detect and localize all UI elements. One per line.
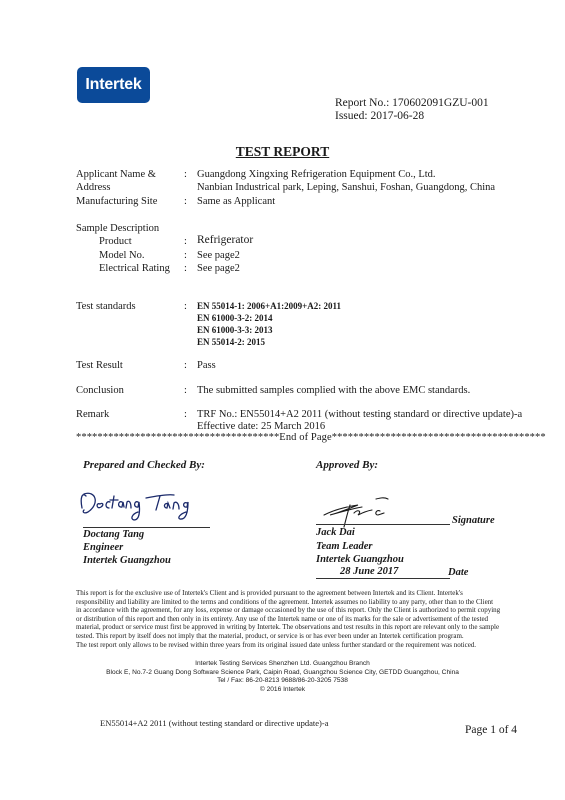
colon: : <box>184 300 187 313</box>
sample-description-label: Sample Description <box>76 222 159 235</box>
model-value: See page2 <box>197 249 240 262</box>
footer-address: Block E, No.7-2 Guang Dong Software Scie… <box>0 669 565 678</box>
date-line <box>316 578 450 579</box>
colon: : <box>184 249 187 262</box>
preparer-organization: Intertek Guangzhou <box>83 555 171 568</box>
footer-copyright: © 2016 Intertek <box>0 686 565 695</box>
standard-item: EN 55014-2: 2015 <box>197 336 265 348</box>
preparer-signature <box>76 486 216 526</box>
page-number: Page 1 of 4 <box>465 724 517 736</box>
electrical-rating-label: Electrical Rating <box>99 262 170 275</box>
footer-phone: Tel / Fax: 86-20-8213 9688/86-20-3205 75… <box>0 677 565 686</box>
address-label: Address <box>76 181 110 194</box>
colon: : <box>184 408 187 421</box>
applicant-name: Guangdong Xingxing Refrigeration Equipme… <box>197 168 436 181</box>
report-number: Report No.: 170602091GZU-001 <box>335 97 489 110</box>
approver-signature-line <box>316 524 450 525</box>
prepared-heading: Prepared and Checked By: <box>83 459 205 472</box>
test-result-label: Test Result <box>76 359 123 372</box>
standard-item: EN 55014-1: 2006+A1:2009+A2: 2011 <box>197 300 341 312</box>
end-of-page-divider: **************************************En… <box>76 431 546 444</box>
manufacturing-site-value: Same as Applicant <box>197 195 275 208</box>
colon: : <box>184 384 187 397</box>
conclusion-value: The submitted samples complied with the … <box>197 384 470 397</box>
disclaimer: This report is for the exclusive use of … <box>76 589 556 649</box>
colon: : <box>184 262 187 275</box>
preparer-title: Engineer <box>83 542 123 555</box>
standard-item: EN 61000-3-3: 2013 <box>197 324 273 336</box>
disclaimer-line: in accordance with the agreement, for an… <box>76 606 556 615</box>
intertek-logo: Intertek <box>77 67 150 103</box>
company-footer: Intertek Testing Services Shenzhen Ltd. … <box>0 660 565 695</box>
signature-label: Signature <box>452 515 495 528</box>
product-label: Product <box>99 235 132 248</box>
footer-company: Intertek Testing Services Shenzhen Ltd. … <box>0 660 565 669</box>
colon: : <box>184 235 187 248</box>
disclaimer-line: or distribution of this report and then … <box>76 615 556 624</box>
applicant-address: Nanbian Industrical park, Leping, Sanshu… <box>197 181 495 194</box>
colon: : <box>184 359 187 372</box>
test-standards-label: Test standards <box>76 300 136 313</box>
applicant-label: Applicant Name & <box>76 168 156 181</box>
disclaimer-line: responsibility and liability are limited… <box>76 598 556 607</box>
product-value: Refrigerator <box>197 234 253 247</box>
disclaimer-line: The test report only allows to be revise… <box>76 641 556 650</box>
date-label: Date <box>448 567 468 580</box>
model-label: Model No. <box>99 249 145 262</box>
disclaimer-line: material, product or service must first … <box>76 623 556 632</box>
approved-heading: Approved By: <box>316 459 378 472</box>
trf-reference: EN55014+A2 2011 (without testing standar… <box>100 718 329 728</box>
document-title: TEST REPORT <box>0 144 565 160</box>
colon: : <box>184 195 187 208</box>
electrical-rating-value: See page2 <box>197 262 240 275</box>
preparer-signature-line <box>83 527 210 528</box>
remark-label: Remark <box>76 408 109 421</box>
approver-title: Team Leader <box>316 541 372 554</box>
test-result-value: Pass <box>197 359 216 372</box>
issued-date: Issued: 2017-06-28 <box>335 110 424 123</box>
conclusion-label: Conclusion <box>76 384 124 397</box>
preparer-name: Doctang Tang <box>83 529 144 542</box>
approver-name: Jack Dai <box>316 527 355 540</box>
disclaimer-line: tested. This report by itself does not i… <box>76 632 556 641</box>
standard-item: EN 61000-3-2: 2014 <box>197 312 273 324</box>
approval-date: 28 June 2017 <box>340 566 398 579</box>
manufacturing-site-label: Manufacturing Site <box>76 195 157 208</box>
disclaimer-line: This report is for the exclusive use of … <box>76 589 556 598</box>
approver-organization: Intertek Guangzhou <box>316 554 404 567</box>
colon: : <box>184 168 187 181</box>
